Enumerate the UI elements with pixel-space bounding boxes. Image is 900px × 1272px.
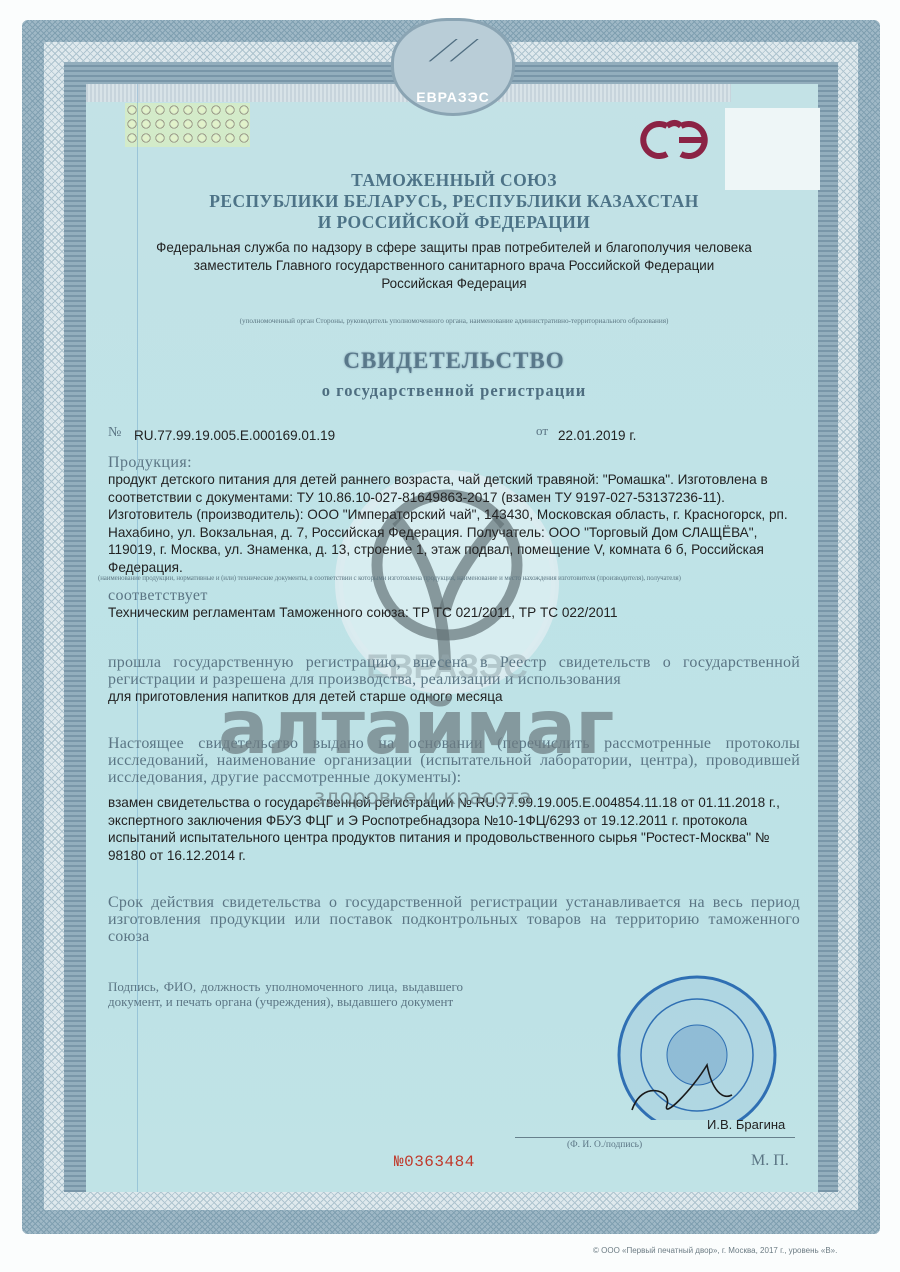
certificate-subtitle: о государственной регистрации <box>108 381 800 401</box>
certificate-content: ТАМОЖЕННЫЙ СОЮЗ РЕСПУБЛИКИ БЕЛАРУСЬ, РЕС… <box>108 170 800 1009</box>
serial-number: №0363484 <box>394 1153 475 1171</box>
product-description: продукт детского питания для детей ранне… <box>108 471 800 576</box>
watermark-brand: алтаймаг <box>218 690 613 765</box>
signature-line <box>515 1137 795 1138</box>
certificate-number: RU.77.99.19.005.E.000169.01.19 <box>134 428 335 443</box>
eurasec-swoosh-icon: ⟋⟋ <box>426 35 480 69</box>
product-caption: (наименование продукции, нормативные и (… <box>98 575 800 582</box>
eurasec-emblem-icon: ⟋⟋ ЕВРАЗЭС <box>391 18 515 116</box>
printer-note: © ООО «Первый печатный двор», г. Москва,… <box>593 1246 837 1255</box>
union-title: ТАМОЖЕННЫЙ СОЮЗ РЕСПУБЛИКИ БЕЛАРУСЬ, РЕС… <box>108 170 800 233</box>
validity-statement: Срок действия свидетельства о государств… <box>108 894 800 945</box>
emblem-label: ЕВРАЗЭС <box>416 89 490 105</box>
date-label: от <box>536 423 548 439</box>
official-seal-icon <box>612 970 807 1120</box>
certificate-title: СВИДЕТЕЛЬСТВО <box>108 348 800 374</box>
signer-name: И.В. Брагина <box>707 1117 785 1132</box>
certificate-number-row: № RU.77.99.19.005.E.000169.01.19 от 22.0… <box>108 425 800 447</box>
customs-union-conformity-mark-icon <box>637 118 717 162</box>
conformity-section: соответствует Техническим регламентам Та… <box>108 588 800 622</box>
number-label: № <box>108 425 121 441</box>
certificate-date: 22.01.2019 г. <box>558 428 636 443</box>
authority-caption: (уполномоченный орган Стороны, руководит… <box>108 317 800 325</box>
issuing-authority: Федеральная служба по надзору в сфере за… <box>108 239 800 293</box>
fio-caption: (Ф. И. О./подпись) <box>567 1140 642 1150</box>
product-label: Продукция: <box>108 455 800 471</box>
product-section: Продукция: продукт детского питания для … <box>108 455 800 569</box>
signature-caption: Подпись, ФИО, должность уполномоченного … <box>108 979 463 1009</box>
validity-section: Срок действия свидетельства о государств… <box>108 894 800 945</box>
seal-place-label: М. П. <box>751 1152 789 1170</box>
conformity-label: соответствует <box>108 588 800 604</box>
watermark-slogan: здоровье и красота <box>314 785 532 809</box>
conformity-regulations: Техническим регламентам Таможенного союз… <box>108 604 800 622</box>
hologram-sticker <box>125 103 250 147</box>
